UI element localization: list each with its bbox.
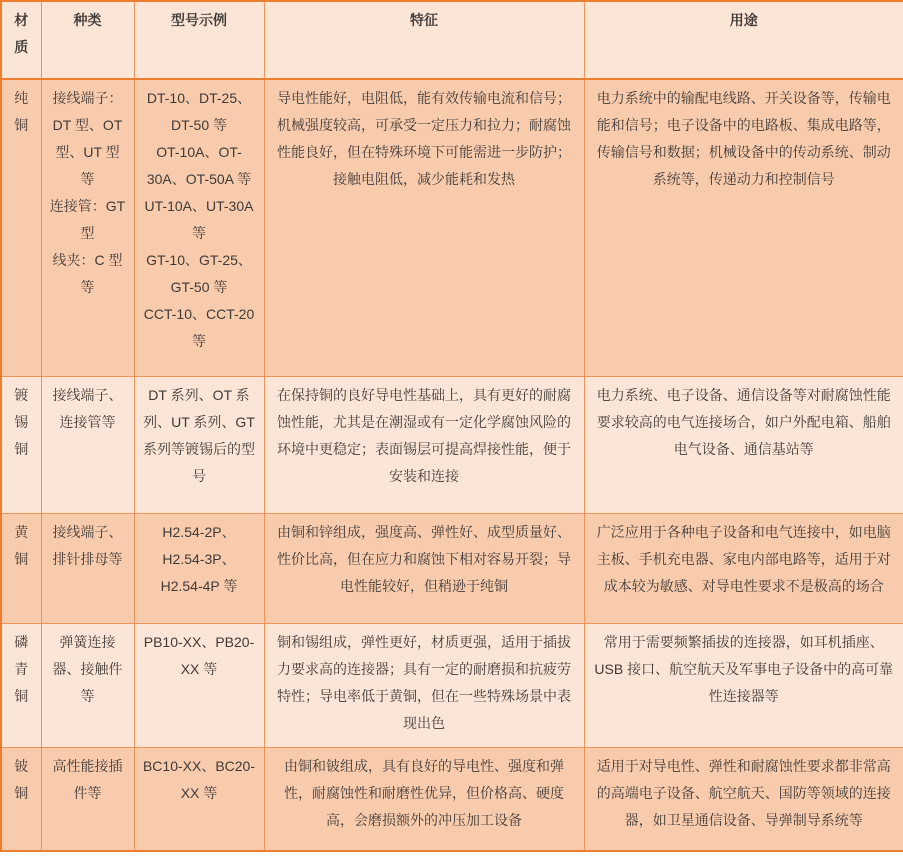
models-cell: DT 系列、OT 系列、UT 系列、GT 系列等镀锡后的型号	[134, 376, 264, 513]
types-cell: 接线端子、排针排母等	[41, 513, 134, 623]
model-line: BC10-XX、BC20-XX 等	[143, 753, 256, 807]
type-line: 接线端子：DT 型、OT 型、UT 型等	[50, 85, 126, 193]
uses-cell: 广泛应用于各种电子设备和电气连接中，如电脑主板、手机充电器、家电内部电路等，适用…	[584, 513, 903, 623]
type-line: 线夹：C 型等	[50, 247, 126, 301]
uses-cell: 常用于需要频繁插拔的连接器，如耳机插座、USB 接口、航空航天及军事电子设备中的…	[584, 623, 903, 747]
model-line: DT 系列、OT 系列、UT 系列、GT 系列等镀锡后的型号	[143, 382, 256, 490]
type-line: 连接管：GT 型	[50, 193, 126, 247]
uses-cell: 适用于对导电性、弹性和耐腐蚀性要求都非常高的高端电子设备、航空航天、国防等领域的…	[584, 747, 903, 851]
material-cell: 镀锡铜	[1, 376, 41, 513]
table-row: 黄铜 接线端子、排针排母等 H2.54-2P、H2.54-3P、H2.54-4P…	[1, 513, 903, 623]
types-cell: 弹簧连接器、接触件等	[41, 623, 134, 747]
models-cell: DT-10、DT-25、DT-50 等OT-10A、OT-30A、OT-50A …	[134, 79, 264, 376]
header-row: 材质 种类 型号示例 特征 用途	[1, 1, 903, 79]
model-line: UT-10A、UT-30A 等	[143, 193, 256, 247]
material-cell: 黄铜	[1, 513, 41, 623]
table-row: 磷青铜 弹簧连接器、接触件等 PB10-XX、PB20-XX 等 铜和锡组成，弹…	[1, 623, 903, 747]
model-line: CCT-10、CCT-20 等	[143, 301, 256, 355]
uses-cell: 电力系统中的输配电线路、开关设备等，传输电能和信号；电子设备中的电路板、集成电路…	[584, 79, 903, 376]
material-cell: 磷青铜	[1, 623, 41, 747]
table-row: 铍铜 高性能接插件等 BC10-XX、BC20-XX 等 由铜和铍组成，具有良好…	[1, 747, 903, 851]
types-cell: 接线端子、连接管等	[41, 376, 134, 513]
uses-cell: 电力系统、电子设备、通信设备等对耐腐蚀性能要求较高的电气连接场合，如户外配电箱、…	[584, 376, 903, 513]
type-line: 弹簧连接器、接触件等	[50, 629, 126, 710]
types-cell: 接线端子：DT 型、OT 型、UT 型等连接管：GT 型线夹：C 型等	[41, 79, 134, 376]
material-cell: 纯铜	[1, 79, 41, 376]
type-line: 接线端子、排针排母等	[50, 519, 126, 573]
features-cell: 铜和锡组成，弹性更好，材质更强，适用于插拔力要求高的连接器；具有一定的耐磨损和抗…	[264, 623, 584, 747]
types-cell: 高性能接插件等	[41, 747, 134, 851]
table-row: 镀锡铜 接线端子、连接管等 DT 系列、OT 系列、UT 系列、GT 系列等镀锡…	[1, 376, 903, 513]
header-material: 材质	[1, 1, 41, 79]
type-line: 高性能接插件等	[50, 753, 126, 807]
header-features: 特征	[264, 1, 584, 79]
type-line: 接线端子、连接管等	[50, 382, 126, 436]
model-line: OT-10A、OT-30A、OT-50A 等	[143, 139, 256, 193]
model-line: PB10-XX、PB20-XX 等	[143, 629, 256, 683]
copper-materials-table: 材质 种类 型号示例 特征 用途 纯铜 接线端子：DT 型、OT 型、UT 型等…	[0, 0, 903, 852]
table-body: 纯铜 接线端子：DT 型、OT 型、UT 型等连接管：GT 型线夹：C 型等 D…	[1, 79, 903, 851]
model-line: GT-10、GT-25、GT-50 等	[143, 247, 256, 301]
features-cell: 在保持铜的良好导电性基础上，具有更好的耐腐蚀性能，尤其是在潮湿或有一定化学腐蚀风…	[264, 376, 584, 513]
header-types: 种类	[41, 1, 134, 79]
material-cell: 铍铜	[1, 747, 41, 851]
features-cell: 导电性能好，电阻低，能有效传输电流和信号；机械强度较高，可承受一定压力和拉力；耐…	[264, 79, 584, 376]
features-cell: 由铜和铍组成，具有良好的导电性、强度和弹性，耐腐蚀性和耐磨性优异，但价格高、硬度…	[264, 747, 584, 851]
header-models: 型号示例	[134, 1, 264, 79]
features-cell: 由铜和锌组成，强度高、弹性好、成型质量好、性价比高，但在应力和腐蚀下相对容易开裂…	[264, 513, 584, 623]
model-line: DT-10、DT-25、DT-50 等	[143, 85, 256, 139]
header-uses: 用途	[584, 1, 903, 79]
models-cell: BC10-XX、BC20-XX 等	[134, 747, 264, 851]
models-cell: H2.54-2P、H2.54-3P、H2.54-4P 等	[134, 513, 264, 623]
models-cell: PB10-XX、PB20-XX 等	[134, 623, 264, 747]
table-row: 纯铜 接线端子：DT 型、OT 型、UT 型等连接管：GT 型线夹：C 型等 D…	[1, 79, 903, 376]
page: 材质 种类 型号示例 特征 用途 纯铜 接线端子：DT 型、OT 型、UT 型等…	[0, 0, 903, 860]
model-line: H2.54-2P、H2.54-3P、H2.54-4P 等	[143, 519, 256, 600]
table-header: 材质 种类 型号示例 特征 用途	[1, 1, 903, 79]
